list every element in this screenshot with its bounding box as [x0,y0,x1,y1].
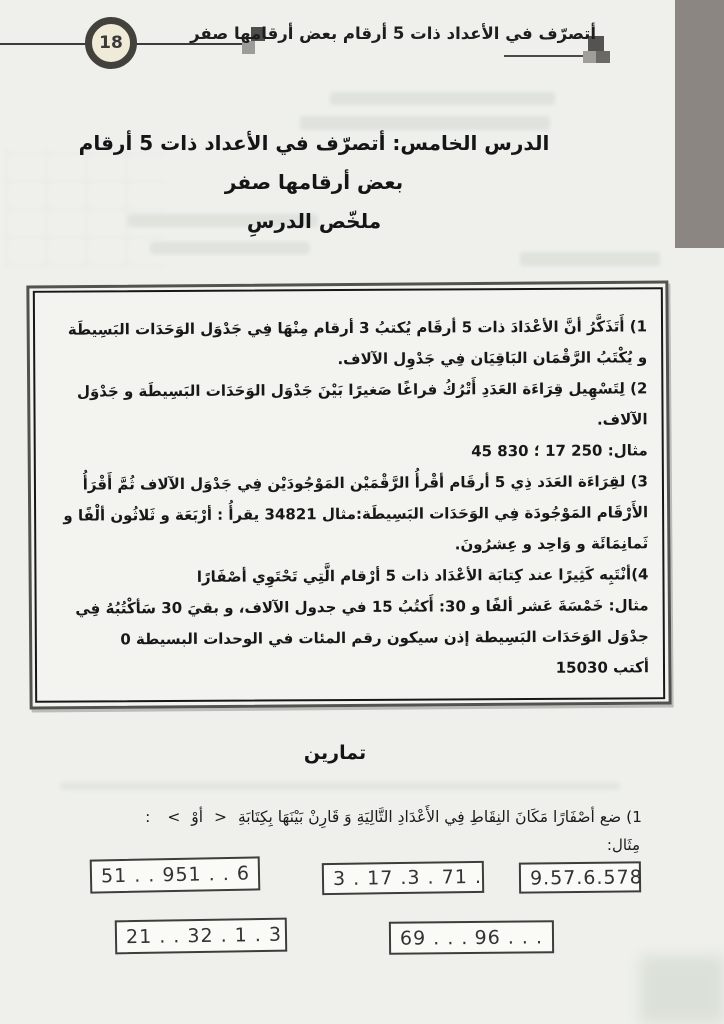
header-rule-mid [136,43,246,45]
answer-box-1-left: 51 . . 9 [101,864,176,887]
exercises-heading: تمارين [14,742,656,764]
summary-example-line: مثال: 17 250 ؛ 45 830 [44,435,648,469]
lesson-title-block: الدرس الخامس: أتصرّف في الأعداد ذات 5 أر… [14,124,614,241]
ornament-square-icon [583,51,596,63]
header-rule-left [0,43,86,45]
bleedthrough-artifact [640,956,724,1024]
exercise-1-instruction: 1) ضع أصْفَارًا مَكَانَ النِقَاطِ فِي ال… [145,808,642,826]
summary-line: 3) لقِرَاءَة العَدَد ذِي 5 أرقَام أقْرأُ… [44,466,648,500]
summary-line: 1) أَتَذَكَّرُ أنَّ الأعْدَادَ ذات 5 أرق… [43,311,647,345]
answer-box-4-left: 21 . . 3 [126,925,201,948]
summary-line: 2) لِتَسْهِيل قِرَاءَة العَدَدِ أَتْرُكُ… [43,373,647,407]
lesson-title-line2: بعض أرقامها صفر [14,163,614,202]
chapter-header-title: أتصرّف في الأعداد ذات 5 أرقام بعض أرقامه… [190,24,596,43]
or-word: أوْ [191,808,203,826]
answer-box-2-right: 3 . 71 . [407,866,482,889]
page-number-badge: 18 [85,17,137,69]
summary-line: الآلاف. [43,404,647,438]
summary-line: و يُكْتَبُ الرَّقْمَان البَاقِيَان فِي ج… [43,342,647,376]
lesson-summary-text: 1) أَتَذَكَّرُ أنَّ الأعْدَادَ ذات 5 أرق… [33,287,665,703]
lesson-title-line3: ملخّص الدرسِ [14,202,614,241]
less-than-symbol: < [161,808,186,826]
answer-box-5[interactable]: 69 . . . 96 . . . [389,920,554,954]
bleedthrough-artifact [330,92,555,105]
summary-line: الأَرْقَام المَوْجُودَة فِي الوَحَدَات ا… [44,497,648,531]
scanned-textbook-page: 18 أتصرّف في الأعداد ذات 5 أرقام بعض أرق… [0,0,724,1024]
answer-box-4-right: 2 . 1 . 3 [200,924,282,947]
summary-line: ثَمانِمَائَة و وَاحِد و عِشرُونَ. [44,528,648,562]
bleedthrough-artifact [60,782,620,790]
summary-line: 4)أنْتَبِه كَثِيرًا عند كِتابَة الأعْدَا… [44,559,648,593]
lesson-title-line1: الدرس الخامس: أتصرّف في الأعداد ذات 5 أر… [14,124,614,163]
answer-box-2-left: 3 . 17 . [333,867,408,890]
lesson-summary-box: 1) أَتَذَكَّرُ أنَّ الأعْدَادَ ذات 5 أرق… [26,280,671,709]
answer-box-3-left: 9.57. [530,866,584,889]
instruction-colon: : [145,808,156,826]
summary-line: جدْوَل الوَحَدَات البَسِيطة إذن سيكون رق… [45,621,649,655]
bleedthrough-artifact [150,242,310,254]
answer-box-1[interactable]: 51 . . 9 51 . . 6 [90,856,261,893]
answer-box-5-left: 69 . . . [400,927,469,950]
exercise-1-instruction-text: 1) ضع أصْفَارًا مَكَانَ النِقَاطِ فِي ال… [238,808,642,826]
summary-line: أكتب 15030 [45,652,649,686]
answer-box-3-right: 6.578 [583,866,643,889]
example-label: مِثَال: [607,836,640,854]
bleedthrough-artifact [520,252,660,266]
answer-box-2[interactable]: 3 . 17 . 3 . 71 . [322,861,484,895]
answer-box-5-right: 96 . . . [474,926,543,949]
greater-than-symbol: > [208,808,233,826]
answer-box-1-right: 51 . . 6 [175,863,250,886]
side-tab-bar [675,0,724,248]
answer-box-4[interactable]: 21 . . 3 2 . 1 . 3 [115,918,288,955]
header-rule-under-title [504,55,590,57]
page-number: 18 [99,33,123,53]
summary-example-line: مثال: خَمْسَةَ عَشر ألفًا و 30: أَكتُبُ … [45,590,649,624]
ornament-square-icon [596,51,610,63]
answer-box-3[interactable]: 9.57. 6.578 [519,861,641,893]
